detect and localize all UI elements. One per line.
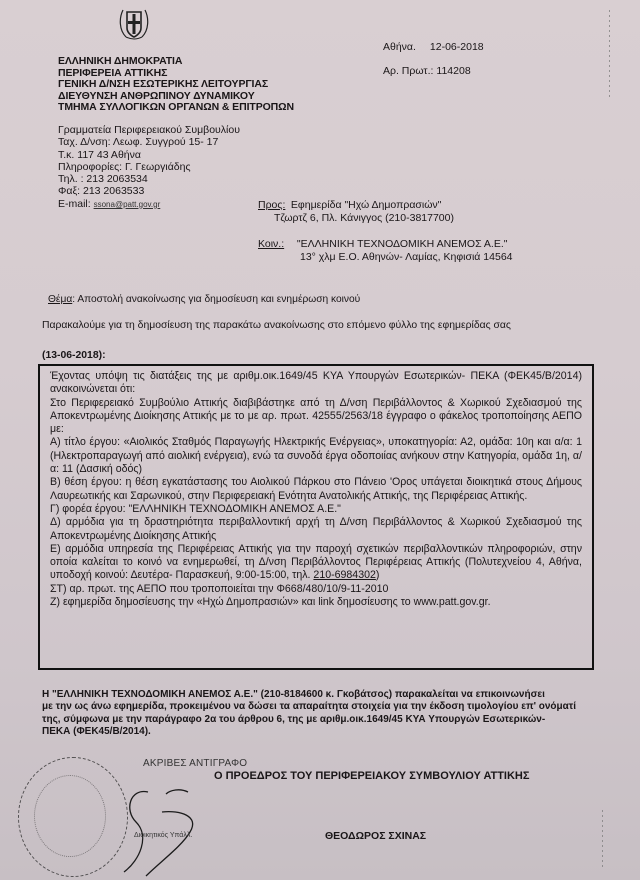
greek-coat-of-arms-icon [118,6,150,42]
protocol-number: 114208 [436,65,470,77]
footer-line: Η "ΕΛΛΗΝΙΚΗ ΤΕΧΝΟΔΟΜΙΚΗ ΑΝΕΜΟΣ Α.Ε." (21… [42,689,576,701]
to-line: Εφημερίδα "Ηχώ Δημοπρασιών" [291,199,441,211]
contact-line: Τ.κ. 117 43 Αθήνα [58,149,240,161]
cc-line: "ΕΛΛΗΝΙΚΗ ΤΕΧΝΟΔΟΜΙΚΗ ΑΝΕΜΟΣ Α.Ε." [297,238,508,250]
handwritten-signature-icon [110,780,220,880]
place: Αθήνα. [383,41,416,53]
announcement-box: Έχοντας υπόψη τις διατάξεις της με αριθμ… [38,364,594,670]
to-label: Προς: [258,199,288,212]
recipient-cc: Κοιν.: "ΕΛΛΗΝΙΚΗ ΤΕΧΝΟΔΟΜΙΚΗ ΑΝΕΜΟΣ Α.Ε.… [258,238,513,263]
email-link[interactable]: ssona@patt.gov.gr [94,200,161,209]
announcement-item-e: Ε) αρμόδια υπηρεσία της Περιφέρειας Αττι… [50,543,582,583]
cc-label: Κοιν.: [258,238,294,251]
announcement-paragraph: Έχοντας υπόψη τις διατάξεις της με αριθμ… [50,370,582,397]
footer-line: με την ως άνω εφημερίδα, προκειμένου να … [42,701,576,713]
recipient-to: Προς: Εφημερίδα "Ηχώ Δημοπρασιών" Τζωρτζ… [258,199,454,224]
protocol-line: Αρ. Πρωτ.:114208 [383,59,484,83]
contact-request-paragraph: Η "ΕΛΛΗΝΙΚΗ ΤΕΧΝΟΔΟΜΙΚΗ ΑΝΕΜΟΣ Α.Ε." (21… [42,689,576,738]
date-protocol-block: Αθήνα.12-06-2018 Αρ. Πρωτ.:114208 [383,35,484,83]
email-label: E-mail: [58,198,91,210]
announcement-item-c: Γ) φορέα έργου: "ΕΛΛΗΝΙΚΗ ΤΕΧΝΟΔΟΜΙΚΗ ΑΝ… [50,503,582,516]
date: 12-06-2018 [430,41,484,53]
subject-line: Θέμα: Αποστολή ανακοίνωσης για δημοσίευσ… [48,294,360,305]
contact-block: Γραμματεία Περιφερειακού Συμβουλίου Ταχ.… [58,124,240,211]
announcement-item-a: Α) τίτλο έργου: «Αιολικός Σταθμός Παραγω… [50,436,582,476]
stamp-inner-ring [34,775,106,857]
signer-note: Διοικητικός Υπάλλ. [134,832,192,839]
announcement-item-b: Β) θέση έργου: η θέση εγκατάστασης του Α… [50,476,582,503]
protocol-label: Αρ. Πρωτ.: [383,65,433,77]
org-line: ΕΛΛΗΝΙΚΗ ΔΗΜΟΚΡΑΤΙΑ [58,56,294,68]
signatory-title: Ο ΠΡΟΕΔΡΟΣ ΤΟΥ ΠΕΡΙΦΕΡΕΙΑΚΟΥ ΣΥΜΒΟΥΛΙΟΥ … [214,770,529,782]
contact-line: Φαξ: 213 2063533 [58,185,240,197]
contact-phone: 210-6984302 [313,569,375,581]
certified-copy-label: ΑΚΡΙΒΕΣ ΑΝΤΙΓΡΑΦΟ [143,758,247,769]
subject-text: : Αποστολή ανακοίνωσης για δημοσίευση κα… [72,294,360,305]
item-e-close: ) [376,569,380,581]
contact-line: Γραμματεία Περιφερειακού Συμβουλίου [58,124,240,136]
announcement-item-st: ΣΤ) αρ. πρωτ. της ΑΕΠΟ που τροποποιείται… [50,583,582,596]
signatory-name: ΘΕΟΔΩΡΟΣ ΣΧΙΝΑΣ [325,830,426,842]
org-line: ΤΜΗΜΑ ΣΥΛΛΟΓΙΚΩΝ ΟΡΓΑΝΩΝ & ΕΠΙΤΡΟΠΩΝ [58,102,294,114]
cc-address: 13° χλμ Ε.Ο. Αθηνών- Λαμίας, Κηφισιά 145… [258,251,513,264]
contact-line: Ταχ. Δ/νση: Λεωφ. Συγγρού 15- 17 [58,136,240,148]
intro-text: Παρακαλούμε για τη δημοσίευση της παρακά… [42,320,511,331]
official-letter: ΕΛΛΗΝΙΚΗ ΔΗΜΟΚΡΑΤΙΑ ΠΕΡΙΦΕΡΕΙΑ ΑΤΤΙΚΗΣ Γ… [0,0,640,880]
publication-date: (13-06-2018): [42,350,106,361]
contact-line: Τηλ. : 213 2063534 [58,173,240,185]
announcement-item-d: Δ) αρμόδια για τη δραστηριότητα περιβαλλ… [50,516,582,543]
announcement-paragraph: Στο Περιφερειακό Συμβούλιο Αττικής διαβι… [50,397,582,437]
date-line: Αθήνα.12-06-2018 [383,35,484,59]
contact-line: Πληροφορίες: Γ. Γεωργιάδης [58,161,240,173]
email-line: E-mail: ssona@patt.gov.gr [58,198,240,211]
subject-label: Θέμα [48,294,72,305]
announcement-item-z: Ζ) εφημερίδα δημοσίευσης την «Ηχώ Δημοπρ… [50,596,582,609]
footer-line: ΠΕΚΑ (ΦΕΚ45/Β/2014). [42,726,576,738]
issuer-block: ΕΛΛΗΝΙΚΗ ΔΗΜΟΚΡΑΤΙΑ ΠΕΡΙΦΕΡΕΙΑ ΑΤΤΙΚΗΣ Γ… [58,56,294,114]
footer-line: της, σύμφωνα με την παράγραφο 2α του άρθ… [42,714,576,726]
margin-mark [602,810,603,870]
margin-mark [609,10,610,100]
to-address: Τζωρτζ 6, Πλ. Κάνιγγος (210-3817700) [258,212,454,225]
